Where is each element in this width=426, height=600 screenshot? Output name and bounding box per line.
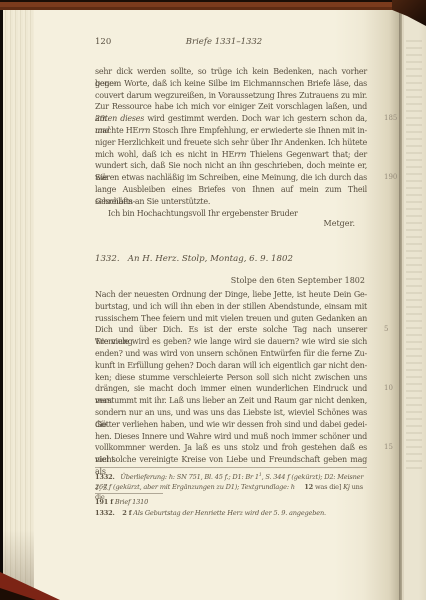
letter-body-line: lange Ausbleiben eines Briefes von Ihnen… (95, 184, 367, 196)
text-segment: 12 (304, 483, 313, 491)
letter-body-line: benem Worte, daß ich keine Silbe im Eich… (95, 78, 367, 90)
apparatus-line: 267 f (gekürzt, aber mit Ergänzungen zu … (95, 482, 367, 493)
letter-body-line: enden? und was wird von unsern schönen E… (95, 348, 367, 360)
letter-body-line: viel solche vereinigte Kreise von Liebe … (95, 454, 367, 466)
letter-body-line: verstummt mit ihr. Laß uns lieber an Zei… (95, 395, 367, 407)
letter-body-line: Dich und über Dich. Es ist der erste sol… (95, 324, 367, 336)
letter-1332-body: Nach der neuesten Ordnung der Dinge, lie… (95, 289, 367, 466)
letter-body-line: hen. Dieses Innere und Wahre wird und mu… (95, 431, 367, 443)
letter-body-line: couvert darum wegzureißen, in Voraussetz… (95, 90, 367, 102)
text-segment: was die] (313, 483, 343, 491)
text-segment (295, 483, 304, 491)
text-segment: machte HE (95, 126, 138, 135)
margin-line-number: 190 (384, 172, 397, 184)
text-segment: wird gestimmt werden. Doch war ich geste… (144, 114, 367, 123)
letter-1331-body: sehr dick werden sollte, so trüge ich ke… (95, 66, 367, 219)
text-segment: 20ten dieses (95, 114, 144, 123)
letter-body-line: kunft in Erfüllung gehen? Doch daran wil… (95, 360, 367, 372)
letter-1331-signature: Metger. (95, 219, 367, 228)
text-segment: 1332. (95, 473, 115, 481)
letter-body-line: niger Herzlichkeit und freuete sich sehr… (95, 137, 367, 149)
letter-body-line: 20ten dieses wird gestimmt werden. Doch … (95, 113, 367, 125)
text-segment: Thielens Gegenwart that; der (246, 150, 367, 159)
apparatus-note-line: 1332. 2 f Als Geburtstag der Henriette H… (95, 508, 367, 519)
margin-line-number: 10 (384, 383, 393, 395)
facing-page-showthrough (406, 40, 422, 470)
letter-body-line: schreiben an Sie unterstützte. (95, 196, 367, 208)
letter-body-line: sondern nur an uns, und was uns das Lieb… (95, 407, 367, 419)
letter-body-line: sehr dick werden sollte, so trüge ich ke… (95, 66, 367, 78)
letter-body-line: drängen, sie macht doch immer einen wund… (95, 383, 367, 395)
letter-body-line: wundert sich, daß Sie noch nicht an ihn … (95, 160, 367, 172)
letter-body-line: vollkommner werden. Ja laß es uns stolz … (95, 442, 367, 454)
letter-body-line: wie viele wird es geben? wie lange wird … (95, 336, 367, 348)
letter-body-line: machte HErrn Stosch Ihre Empfehlung, er … (95, 125, 367, 137)
text-segment: rrn (138, 126, 150, 135)
text-segment: 267 f (gekürzt, aber mit Ergänzungen zu … (95, 483, 295, 491)
running-head: 120 Briefe 1331–1332 (95, 37, 367, 49)
text-segment: Als Geburtstag der Henriette Herz wird d… (133, 509, 326, 517)
apparatus-rule (95, 467, 367, 468)
letter-body-line: Götter verliehen haben, und wie wir dess… (95, 419, 367, 431)
letter-body-line: burtstag, und ich will ihn eben in der s… (95, 301, 367, 313)
apparatus-note-line: 191 f Brief 1310 (95, 497, 367, 508)
text-segment: Kj (343, 483, 350, 491)
letter-1332-heading: 1332. An H. Herz. Stolp, Montag, 6. 9. 1… (95, 254, 367, 264)
text-segment: rrn (234, 150, 246, 159)
text-segment: Überlieferung: h: SN 751, Bl. 45 f.; D1:… (120, 473, 259, 481)
margin-line-number: 15 (384, 442, 393, 454)
page-edge-stack (3, 8, 35, 600)
apparatus-short-rule (95, 493, 163, 494)
letter-body-line: Ich bin Hochachtungsvoll Ihr ergebenster… (95, 208, 367, 220)
text-segment: 2 f (122, 509, 131, 517)
running-title: Briefe 1331–1332 (95, 37, 353, 47)
text-segment: Brief 1310 (115, 498, 148, 506)
apparatus-overlieferung: 1332. Überlieferung: h: SN 751, Bl. 45 f… (95, 471, 367, 492)
apparatus-line: 1332. Überlieferung: h: SN 751, Bl. 45 f… (95, 471, 367, 482)
margin-line-number: 5 (384, 324, 388, 336)
letter-body-line: Nach der neuesten Ordnung der Dinge, lie… (95, 289, 367, 301)
letter-body-line: russischem Thee feiern und mit vielen tr… (95, 313, 367, 325)
letter-1332-dateline: Stolpe den 6ten September 1802 (95, 276, 367, 285)
margin-line-number: 185 (384, 113, 397, 125)
text-segment: 1332. (95, 509, 115, 517)
text-segment: mich wohl, daß ich es nicht in HE (95, 150, 234, 159)
apparatus-notes: 191 f Brief 13101332. 2 f Als Geburtstag… (95, 497, 367, 518)
text-column: 120 Briefe 1331–1332 sehr dick werden so… (95, 8, 367, 600)
letter-body-line: wären etwas nachläßig im Schreiben, eine… (95, 172, 367, 184)
text-segment: 191 f (95, 498, 113, 506)
book-scan-page: 120 Briefe 1331–1332 sehr dick werden so… (0, 0, 426, 600)
letter-body-line: mich wohl, daß ich es nicht in HErrn Thi… (95, 149, 367, 161)
text-segment: Stosch Ihre Empfehlung, er erwiederte si… (150, 126, 367, 135)
letter-body-line: ken; diese stumme verschleierte Person s… (95, 372, 367, 384)
letter-body-line: Zur Ressource habe ich mich vor einiger … (95, 101, 367, 113)
